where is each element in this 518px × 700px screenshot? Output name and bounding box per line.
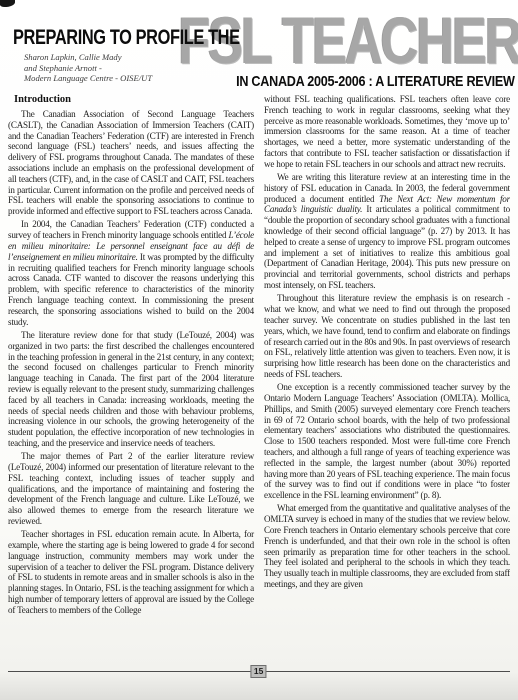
right-column: without FSL teaching qualifications. FSL… [264,94,510,666]
article-kicker: PREPARING TO PROFILE THE [13,26,240,50]
paragraph: The literature review done for that stud… [8,330,254,449]
authors-affiliation: Modern Language Centre - OISE/UT [24,73,152,84]
article-body: Introduction The Canadian Association of… [8,94,510,666]
paragraph: The Canadian Association of Second Langu… [8,109,254,217]
paragraph: The major themes of Part 2 of the earlie… [8,451,254,527]
paragraph: We are writing this literature review at… [264,172,510,291]
authors-line: Sharon Lapkin, Callie Mady [24,52,152,63]
paragraph-text: It was prompted by the difficulty in rec… [8,252,254,327]
paragraph-text: It articulates a political commitment to… [264,204,510,290]
authors-line: and Stephanie Arnott - [24,63,152,74]
authors-block: Sharon Lapkin, Callie Mady and Stephanie… [24,52,152,84]
scan-artifact-mark [0,0,15,7]
paragraph-text: In 2004, the Canadian Teachers’ Federati… [8,219,254,240]
paragraph: One exception is a recently commissioned… [264,382,510,501]
paragraph: In 2004, the Canadian Teachers’ Federati… [8,219,254,327]
paragraph: without FSL teaching qualifications. FSL… [264,94,510,170]
scanned-article-page: FSL TEACHER PREPARING TO PROFILE THE Sha… [0,0,518,700]
paragraph: What emerged from the quantitative and q… [264,503,510,589]
left-column: Introduction The Canadian Association of… [8,94,254,666]
footer-rule: 15 [8,671,510,672]
page-number: 15 [250,665,266,678]
section-heading-introduction: Introduction [14,94,254,105]
paragraph: Teacher shortages in FSL education remai… [8,529,254,615]
paragraph: Throughout this literature review the em… [264,293,510,379]
article-subtitle: IN CANADA 2005-2006 : A LITERATURE REVIE… [236,73,515,90]
